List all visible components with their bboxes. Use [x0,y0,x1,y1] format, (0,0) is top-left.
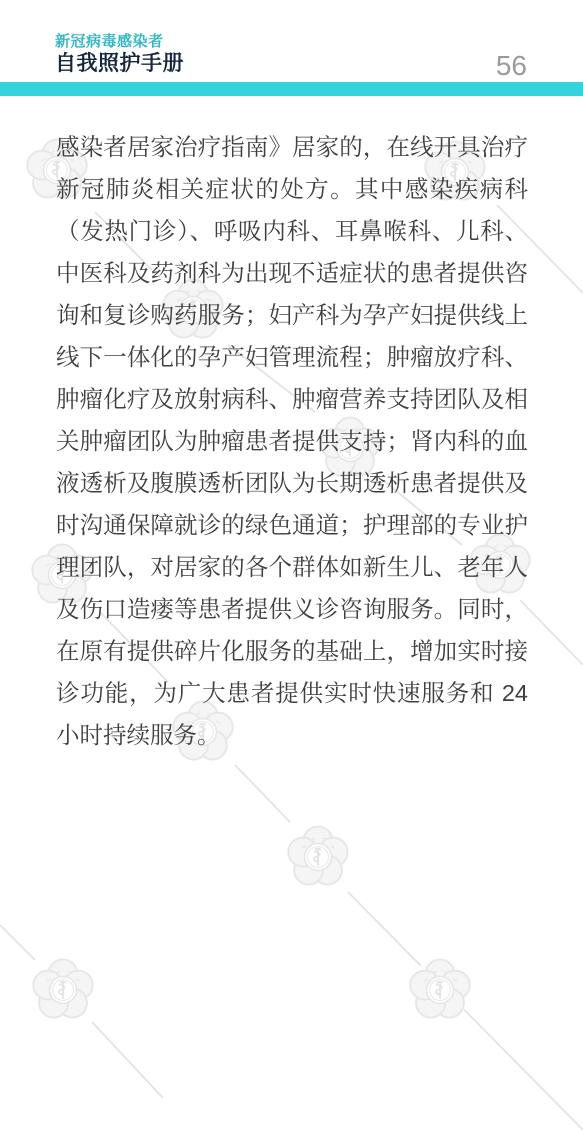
page-number: 56 [496,51,527,81]
manual-page: 新冠病毒感染者 自我照护手册 56 感染者居家治疗指南》居家的，在线开具治疗新冠… [0,0,583,1130]
plum-blossom-watermark-icon [287,826,349,888]
header-title: 自我照护手册 [55,51,184,76]
page-header: 新冠病毒感染者 自我照护手册 [55,33,184,76]
body-paragraph: 感染者居家治疗指南》居家的，在线开具治疗新冠肺炎相关症状的处方。其中感染疾病科（… [56,126,528,756]
header-divider-bar [0,82,583,96]
plum-blossom-watermark-icon [32,959,94,1021]
header-subtitle: 新冠病毒感染者 [55,33,184,51]
plum-blossom-watermark-icon [409,959,471,1021]
